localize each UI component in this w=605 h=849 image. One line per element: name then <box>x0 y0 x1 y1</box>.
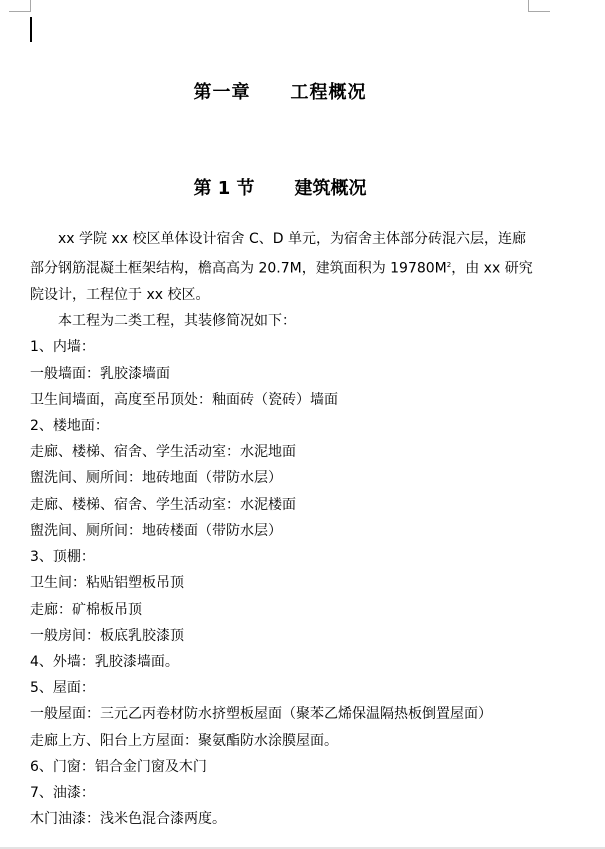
list-item: 盥洗间、厕所间：地砖楼面（带防水层） <box>30 518 535 544</box>
intro-paragraph: xx 学院 xx 校区单体设计宿舍 C、D 单元，为宿舍主体部分砖混六层，连廊部… <box>30 226 535 308</box>
document-body[interactable]: xx 学院 xx 校区单体设计宿舍 C、D 单元，为宿舍主体部分砖混六层，连廊部… <box>30 226 535 832</box>
list-item: 卫生间墙面，高度至吊顶处：釉面砖（瓷砖）墙面 <box>30 387 535 413</box>
list-item: 走廊、楼梯、宿舍、学生活动室：水泥地面 <box>30 439 535 465</box>
list-item: 7、油漆： <box>30 780 535 806</box>
text-cursor <box>30 17 32 42</box>
section-number: 第 1 节 <box>193 178 254 199</box>
list-item: 一般房间：板底乳胶漆顶 <box>30 623 535 649</box>
list-item: 走廊：矿棉板吊顶 <box>30 597 535 623</box>
chapter-title: 工程概况 <box>291 82 367 103</box>
list-item: 5、屋面： <box>30 675 535 701</box>
list-item: 2、楼地面： <box>30 413 535 439</box>
list-item: 1、内墙： <box>30 334 535 360</box>
list-item: 3、顶棚： <box>30 544 535 570</box>
list-item: 走廊上方、阳台上方屋面：聚氨酯防水涂膜屋面。 <box>30 728 535 754</box>
section-title: 建筑概况 <box>295 178 367 199</box>
list-item: 6、门窗：铝合金门窗及木门 <box>30 754 535 780</box>
list-item: 走廊、楼梯、宿舍、学生活动室：水泥楼面 <box>30 492 535 518</box>
list-item: 一般墙面：乳胶漆墙面 <box>30 361 535 387</box>
list-item: 木门油漆：浅米色混合漆两度。 <box>30 806 535 832</box>
chapter-heading: 第一章工程概况 <box>0 78 560 104</box>
list-item: 卫生间：粘贴铝塑板吊顶 <box>30 570 535 596</box>
overview-line: 本工程为二类工程，其装修简况如下： <box>30 308 535 334</box>
chapter-number: 第一章 <box>194 82 251 103</box>
margin-corner-mark-left <box>9 11 31 12</box>
document-page[interactable]: 第一章工程概况 第 1 节建筑概况 xx 学院 xx 校区单体设计宿舍 C、D … <box>0 0 605 847</box>
margin-corner-mark-right <box>528 11 550 12</box>
list-item: 4、外墙：乳胶漆墙面。 <box>30 649 535 675</box>
section-heading: 第 1 节建筑概况 <box>0 174 560 200</box>
list-item: 盥洗间、厕所间：地砖地面（带防水层） <box>30 465 535 491</box>
list-item: 一般屋面：三元乙丙卷材防水挤塑板屋面（聚苯乙烯保温隔热板倒置屋面） <box>30 701 535 727</box>
